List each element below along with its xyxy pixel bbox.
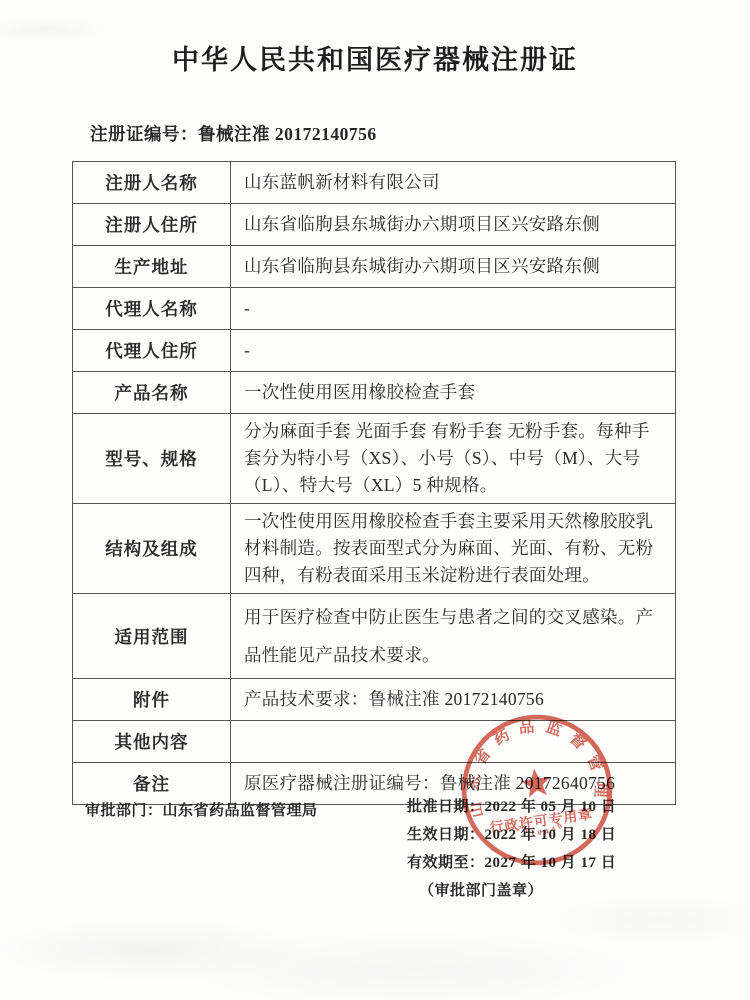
row-label: 注册人住所 — [73, 204, 231, 246]
row-label: 附件 — [73, 679, 231, 721]
table-row-intended-use: 适用范围 用于医疗检查中防止医生与患者之间的交叉感染。产品性能见产品技术要求。 — [73, 594, 676, 679]
official-seal-stamp: 山东省药品监督管理局 行政许可专用章 37010440 — [449, 702, 625, 878]
table-row-structure-composition: 结构及组成 一次性使用医用橡胶检查手套主要采用天然橡胶胶乳材料制造。按表面型式分… — [73, 504, 676, 594]
table-row-agent-name: 代理人名称 - — [73, 288, 676, 330]
table-row-product-name: 产品名称 一次性使用医用橡胶检查手套 — [73, 372, 676, 414]
row-value: 用于医疗检查中防止医生与患者之间的交叉感染。产品性能见产品技术要求。 — [231, 594, 676, 679]
row-value: 一次性使用医用橡胶检查手套 — [231, 372, 676, 414]
row-label: 注册人名称 — [73, 162, 231, 204]
registration-number-label: 注册证编号： — [90, 124, 198, 144]
row-label: 生产地址 — [73, 246, 231, 288]
approval-department-value: 山东省药品监督管理局 — [163, 803, 318, 819]
row-label: 型号、规格 — [73, 414, 231, 504]
registration-number-line: 注册证编号：鲁械注准 20172140756 — [90, 121, 377, 146]
table-row-agent-address: 代理人住所 - — [73, 330, 676, 372]
table-row-registrant-address: 注册人住所 山东省临朐县东城街办六期项目区兴安路东侧 — [73, 204, 676, 246]
approval-department-label: 审批部门： — [85, 803, 163, 819]
table-row-registrant-name: 注册人名称 山东蓝帆新材料有限公司 — [73, 162, 676, 204]
certificate-page: 中华人民共和国医疗器械注册证 注册证编号：鲁械注准 20172140756 注册… — [0, 0, 750, 1000]
row-value: - — [231, 288, 676, 330]
row-label: 结构及组成 — [73, 504, 231, 594]
row-value: 分为麻面手套 光面手套 有粉手套 无粉手套。每种手套分为特小号（XS）、小号（S… — [231, 414, 676, 504]
row-label: 产品名称 — [73, 372, 231, 414]
row-value: 一次性使用医用橡胶检查手套主要采用天然橡胶胶乳材料制造。按表面型式分为麻面、光面… — [231, 504, 676, 594]
row-value: 山东蓝帆新材料有限公司 — [231, 162, 676, 204]
table-row-model-spec: 型号、规格 分为麻面手套 光面手套 有粉手套 无粉手套。每种手套分为特小号（XS… — [73, 414, 676, 504]
row-label: 代理人住所 — [73, 330, 231, 372]
row-value: 产品技术要求：鲁械注准 20172140756 — [231, 679, 676, 721]
registration-number-value: 鲁械注准 20172140756 — [198, 124, 377, 144]
row-value: 山东省临朐县东城街办六期项目区兴安路东侧 — [231, 204, 676, 246]
seal-note: （审批部门盖章） — [407, 883, 616, 911]
page-title: 中华人民共和国医疗器械注册证 — [0, 38, 750, 77]
row-label: 代理人名称 — [73, 288, 231, 330]
table-row-production-address: 生产地址 山东省临朐县东城街办六期项目区兴安路东侧 — [73, 246, 676, 288]
row-label: 其他内容 — [73, 721, 231, 763]
approval-department-line: 审批部门：山东省药品监督管理局 — [85, 799, 318, 820]
row-value: - — [231, 330, 676, 372]
row-value: 山东省临朐县东城街办六期项目区兴安路东侧 — [231, 246, 676, 288]
star-icon — [519, 767, 552, 799]
row-label: 适用范围 — [73, 594, 231, 679]
